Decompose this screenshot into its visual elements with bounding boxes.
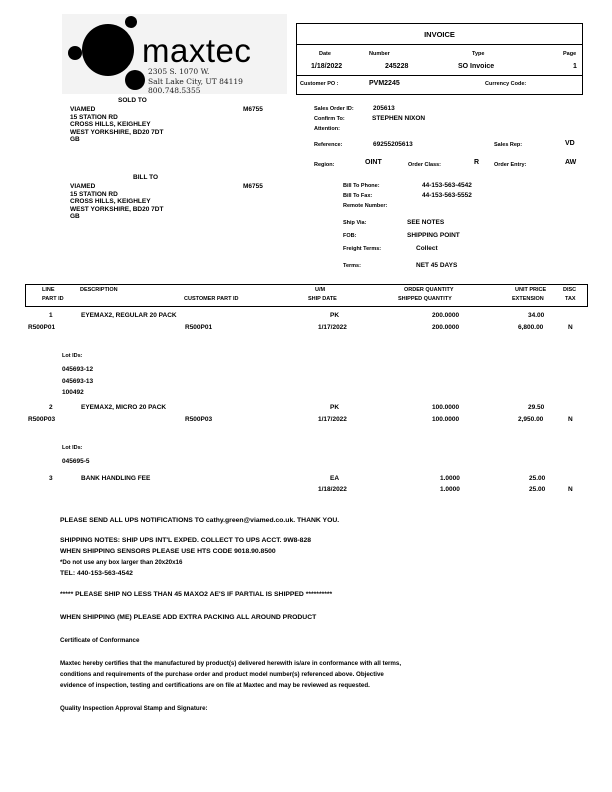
col-ship-date: SHIP DATE <box>308 296 337 302</box>
ship-via-label: Ship Via: <box>343 220 366 226</box>
item-description: EYEMAX2, REGULAR 20 PACK <box>81 312 177 319</box>
item-shipped-quantity: 1.0000 <box>440 486 460 493</box>
sold-to-line: CROSS HILLS, KEIGHLEY <box>70 121 163 129</box>
bill-to-line: WEST YORKSHIRE, BD20 7DT <box>70 206 163 214</box>
bill-to-name: VIAMED <box>70 183 163 191</box>
freight-terms: Collect <box>416 245 438 252</box>
lot-id: 045693-13 <box>62 378 93 385</box>
item-unit-price: 25.00 <box>529 475 545 482</box>
remote-number-label: Remote Number: <box>343 203 387 209</box>
item-extension: 6,800.00 <box>518 324 543 331</box>
order-entry-label: Order Entry: <box>494 162 526 168</box>
sales-order-id: 205613 <box>373 105 395 112</box>
bill-to-address: VIAMED 15 STATION RD CROSS HILLS, KEIGHL… <box>70 183 163 221</box>
confirm-to: STEPHEN NIXON <box>372 115 425 122</box>
bill-to-phone: 44-153-563-4542 <box>422 182 472 189</box>
col-disc: DISC <box>563 287 576 293</box>
item-ship-date: 1/18/2022 <box>318 486 347 493</box>
item-um: EA <box>330 475 339 482</box>
ship-via: SEE NOTES <box>407 219 444 226</box>
reference-label: Reference: <box>314 142 342 148</box>
invoice-page: 1 <box>573 63 577 70</box>
lot-ids-label: Lot IDs: <box>62 353 82 359</box>
lot-id: 045693-12 <box>62 366 93 373</box>
note-shipping: SHIPPING NOTES: SHIP UPS INT'L EXPED. CO… <box>60 537 311 544</box>
item-tax: N <box>568 324 573 331</box>
terms-label: Terms: <box>343 263 361 269</box>
customer-po: PVM2245 <box>369 80 400 87</box>
currency-code-label: Currency Code: <box>485 81 526 87</box>
item-um: PK <box>330 312 339 319</box>
item-customer-part-id: R500P03 <box>185 416 212 423</box>
invoice-header-box: INVOICE Date Number Type Page 1/18/2022 … <box>296 23 583 95</box>
item-tax: N <box>568 486 573 493</box>
col-description: DESCRIPTION <box>80 287 118 293</box>
certificate-text: conditions and requirements of the purch… <box>60 671 384 678</box>
sold-to-address: VIAMED 15 STATION RD CROSS HILLS, KEIGHL… <box>70 106 163 144</box>
lot-id: 100492 <box>62 389 84 396</box>
address-line-2: Salt Lake City, UT 84119 <box>148 77 243 87</box>
note-ups-notifications: PLEASE SEND ALL UPS NOTIFICATIONS TO cat… <box>60 517 339 524</box>
customer-po-row: Customer PO : PVM2245 Currency Code: <box>297 76 582 94</box>
company-name: maxtec <box>142 32 251 70</box>
bill-to-account: M6755 <box>243 183 263 190</box>
item-tax: N <box>568 416 573 423</box>
reference: 69255205613 <box>373 141 413 148</box>
note-partial-shipment: ***** PLEASE SHIP NO LESS THAN 45 MAXO2 … <box>60 591 332 598</box>
item-unit-price: 34.00 <box>528 312 544 319</box>
col-customer-part-id: CUSTOMER PART ID <box>184 296 239 302</box>
certificate-text: Maxtec hereby certifies that the manufac… <box>60 660 401 667</box>
page-label: Page <box>563 51 576 57</box>
sales-rep-label: Sales Rep: <box>494 142 522 148</box>
bill-to-phone-label: Bill To Phone: <box>343 183 380 189</box>
col-um: U/M <box>315 287 325 293</box>
item-um: PK <box>330 404 339 411</box>
sold-to-name: VIAMED <box>70 106 163 114</box>
attention-label: Attention: <box>314 126 340 132</box>
sales-rep: VD <box>565 140 575 147</box>
order-class-label: Order Class: <box>408 162 441 168</box>
item-order-quantity: 100.0000 <box>432 404 459 411</box>
line-number: 3 <box>49 475 53 482</box>
signature-label: Quality Inspection Approval Stamp and Si… <box>60 705 208 712</box>
logo-small-dot-left <box>68 46 82 60</box>
bill-to-fax: 44-153-563-5552 <box>422 192 472 199</box>
bill-to-line: GB <box>70 213 163 221</box>
item-shipped-quantity: 100.0000 <box>432 416 459 423</box>
sold-to-account: M6755 <box>243 106 263 113</box>
col-line: LINE <box>42 287 55 293</box>
invoice-number: 245228 <box>385 63 408 70</box>
invoice-date: 1/18/2022 <box>311 63 342 70</box>
line-number: 1 <box>49 312 53 319</box>
invoice-type: SO Invoice <box>458 63 494 70</box>
col-order-quantity: ORDER QUANTITY <box>404 287 454 293</box>
col-unit-price: UNIT PRICE <box>515 287 546 293</box>
fob-label: FOB: <box>343 233 356 239</box>
type-label: Type <box>472 51 484 57</box>
item-ship-date: 1/17/2022 <box>318 416 347 423</box>
item-ship-date: 1/17/2022 <box>318 324 347 331</box>
company-address: 2305 S. 1070 W. Salt Lake City, UT 84119… <box>148 67 243 96</box>
order-entry: AW <box>565 159 576 166</box>
lot-id: 045695-5 <box>62 458 89 465</box>
note-hts-code: WHEN SHIPPING SENSORS PLEASE USE HTS COD… <box>60 548 276 555</box>
invoice-meta: Date Number Type Page 1/18/2022 245228 S… <box>297 45 582 76</box>
address-line-1: 2305 S. 1070 W. <box>148 67 243 77</box>
bill-to-line: 15 STATION RD <box>70 191 163 199</box>
sold-to-line: WEST YORKSHIRE, BD20 7DT <box>70 129 163 137</box>
note-extra-packing: WHEN SHIPPING (ME) PLEASE ADD EXTRA PACK… <box>60 614 316 621</box>
item-part-id: R500P03 <box>28 416 55 423</box>
company-logo: maxtec 2305 S. 1070 W. Salt Lake City, U… <box>62 14 287 94</box>
line-items-header: LINE PART ID DESCRIPTION CUSTOMER PART I… <box>25 284 588 307</box>
certificate-title: Certificate of Conformance <box>60 637 139 644</box>
col-part-id: PART ID <box>42 296 64 302</box>
item-part-id: R500P01 <box>28 324 55 331</box>
col-extension: EXTENSION <box>512 296 544 302</box>
note-box-size: *Do not use any box larger than 20x20x16 <box>60 559 182 566</box>
sold-to-heading: SOLD TO <box>118 97 147 104</box>
item-order-quantity: 1.0000 <box>440 475 460 482</box>
fob: SHIPPING POINT <box>407 232 460 239</box>
logo-small-dot-top <box>125 16 137 28</box>
freight-terms-label: Freight Terms: <box>343 246 381 252</box>
logo-large-dot <box>82 24 134 76</box>
item-description: BANK HANDLING FEE <box>81 475 150 482</box>
company-phone: 800.748.5355 <box>148 86 243 96</box>
item-unit-price: 29.50 <box>528 404 544 411</box>
line-number: 2 <box>49 404 53 411</box>
note-tel: TEL: 440-153-563-4542 <box>60 570 133 577</box>
sales-order-label: Sales Order ID: <box>314 106 354 112</box>
sold-to-line: 15 STATION RD <box>70 114 163 122</box>
invoice-title: INVOICE <box>297 24 582 45</box>
region: OINT <box>365 159 382 166</box>
item-extension: 25.00 <box>529 486 545 493</box>
sold-to-line: GB <box>70 136 163 144</box>
col-tax: TAX <box>565 296 576 302</box>
lot-ids-label: Lot IDs: <box>62 445 82 451</box>
customer-po-label: Customer PO : <box>300 81 339 87</box>
region-label: Region: <box>314 162 334 168</box>
bill-to-fax-label: Bill To Fax: <box>343 193 372 199</box>
logo-small-dot-bottom <box>125 70 145 90</box>
certificate-text: evidence of inspection, testing and cert… <box>60 682 370 689</box>
terms: NET 45 DAYS <box>416 262 457 269</box>
item-description: EYEMAX2, MICRO 20 PACK <box>81 404 166 411</box>
number-label: Number <box>369 51 390 57</box>
item-extension: 2,950.00 <box>518 416 543 423</box>
bill-to-heading: BILL TO <box>133 174 158 181</box>
order-class: R <box>474 159 479 166</box>
date-label: Date <box>319 51 331 57</box>
confirm-to-label: Confirm To: <box>314 116 345 122</box>
item-order-quantity: 200.0000 <box>432 312 459 319</box>
item-shipped-quantity: 200.0000 <box>432 324 459 331</box>
col-shipped-quantity: SHIPPED QUANTITY <box>398 296 452 302</box>
bill-to-line: CROSS HILLS, KEIGHLEY <box>70 198 163 206</box>
item-customer-part-id: R500P01 <box>185 324 212 331</box>
